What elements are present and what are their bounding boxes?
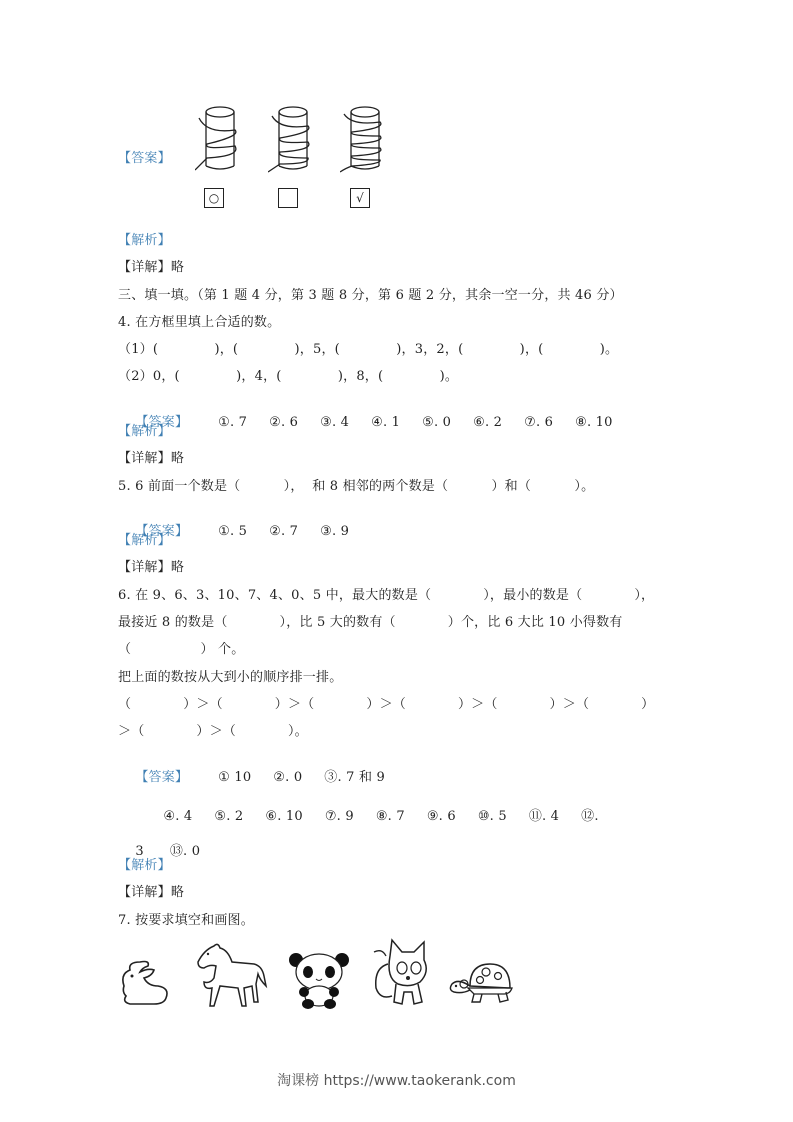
q6-line2: 最接近 8 的数是（ ），比 5 大的数有（ ）个，比 6 大比 10 小得数有 [118, 614, 623, 632]
answer-item: ②. 6 [269, 414, 298, 432]
q6-line5: （ ）＞（ ）＞（ ）＞（ ）＞（ ）＞（ ） [118, 696, 654, 714]
horse-icon [190, 940, 270, 1012]
answer-item: ⑤. 2 [214, 808, 243, 826]
q6-line6: ＞（ ）＞（ ）。 [118, 723, 308, 741]
checkbox-1[interactable]: ○ [204, 188, 224, 208]
turtle-icon [448, 958, 514, 1010]
answer-tag: 【答案】 [118, 150, 171, 168]
rabbit-icon [118, 956, 173, 1008]
coil-figures: ○ √ [190, 104, 400, 214]
answer-item: ①. 5 [218, 523, 247, 541]
analysis-tag: 【解析】 [118, 532, 171, 550]
detail-tag: 【详解】 [118, 560, 171, 575]
answer-item: ⑥. 10 [265, 808, 302, 826]
q4-part1: （1）( )，( )，5，( )，3，2，( )，( )。 [118, 341, 618, 359]
detail-line: 【详解】略 [118, 259, 184, 277]
answer-item: ⑥. 2 [473, 414, 502, 432]
q6-line1: 6. 在 9、6、3、10、7、4、0、5 中，最大的数是（ ），最小的数是（ … [118, 587, 654, 605]
answer-item: ⑤. 0 [422, 414, 451, 432]
q6-line4: 把上面的数按从大到小的顺序排一排。 [118, 669, 342, 687]
answer-item: ① 10 [218, 769, 251, 787]
detail-tag: 【详解】 [118, 260, 171, 275]
q4-title: 4. 在方框里填上合适的数。 [118, 314, 280, 332]
q6-line3: （ ） 个。 [118, 641, 244, 659]
detail-line: 【详解】略 [118, 450, 184, 468]
checkbox-2[interactable] [278, 188, 298, 208]
answer-item: ⑬. 0 [170, 843, 200, 861]
detail-text: 略 [171, 451, 184, 466]
section-heading: 三、填一填。（第 1 题 4 分，第 3 题 8 分，第 6 题 2 分，其余一… [118, 287, 623, 305]
q4-part2: （2）0，( )，4，( )，8，( )。 [118, 368, 458, 386]
coil-figure-1 [195, 104, 245, 174]
panda-icon [286, 948, 352, 1010]
answer-item: ②. 7 [269, 523, 298, 541]
answer-item: ⑨. 6 [427, 808, 456, 826]
answer-item: ⑦. 6 [524, 414, 553, 432]
footer-watermark: 淘课榜 https://www.taokerank.com [0, 1070, 793, 1090]
answer-item: ③. 4 [320, 414, 349, 432]
q4-answer-line: 【答案】①. 7②. 6③. 4④. 1⑤. 0⑥. 2⑦. 6⑧. 10 [118, 396, 613, 450]
detail-line: 【详解】略 [118, 884, 184, 902]
answer-item: ①. 7 [218, 414, 247, 432]
answer-item: ⑫. [581, 808, 599, 826]
answer-item: ③. 7 和 9 [324, 769, 385, 787]
detail-line: 【详解】略 [118, 559, 184, 577]
detail-text: 略 [171, 260, 184, 275]
answer-item: ③. 9 [320, 523, 349, 541]
answer-tag: 【答案】 [135, 770, 188, 785]
answer-item: ⑧. 7 [376, 808, 405, 826]
detail-tag: 【详解】 [118, 451, 171, 466]
answer-item: ⑦. 9 [325, 808, 354, 826]
answer-item: ④. 4 [163, 808, 192, 826]
q7-title: 7. 按要求填空和画图。 [118, 912, 254, 930]
detail-tag: 【详解】 [118, 885, 171, 900]
detail-text: 略 [171, 885, 184, 900]
q5-title: 5. 6 前面一个数是（ ）， 和 8 相邻的两个数是（ ）和（ ）。 [118, 478, 594, 496]
document-page: 【答案】 ○ √ 【解析】 【详解】略 三、填一填。（第 1 题 4 分， [0, 0, 793, 1122]
analysis-tag: 【解析】 [118, 857, 171, 875]
analysis-tag: 【解析】 [118, 423, 171, 441]
answer-item: ⑪. 4 [529, 808, 559, 826]
answer-item: ②. 0 [273, 769, 302, 787]
coil-figure-2 [268, 104, 318, 174]
answer-item: ⑧. 10 [575, 414, 612, 432]
checkbox-3[interactable]: √ [350, 188, 370, 208]
detail-text: 略 [171, 560, 184, 575]
coil-figure-3 [340, 104, 390, 174]
animal-pictures [118, 938, 528, 1013]
fox-icon [370, 938, 434, 1012]
answer-item: ⑩. 5 [478, 808, 507, 826]
analysis-tag: 【解析】 [118, 232, 171, 250]
answer-item: ④. 1 [371, 414, 400, 432]
